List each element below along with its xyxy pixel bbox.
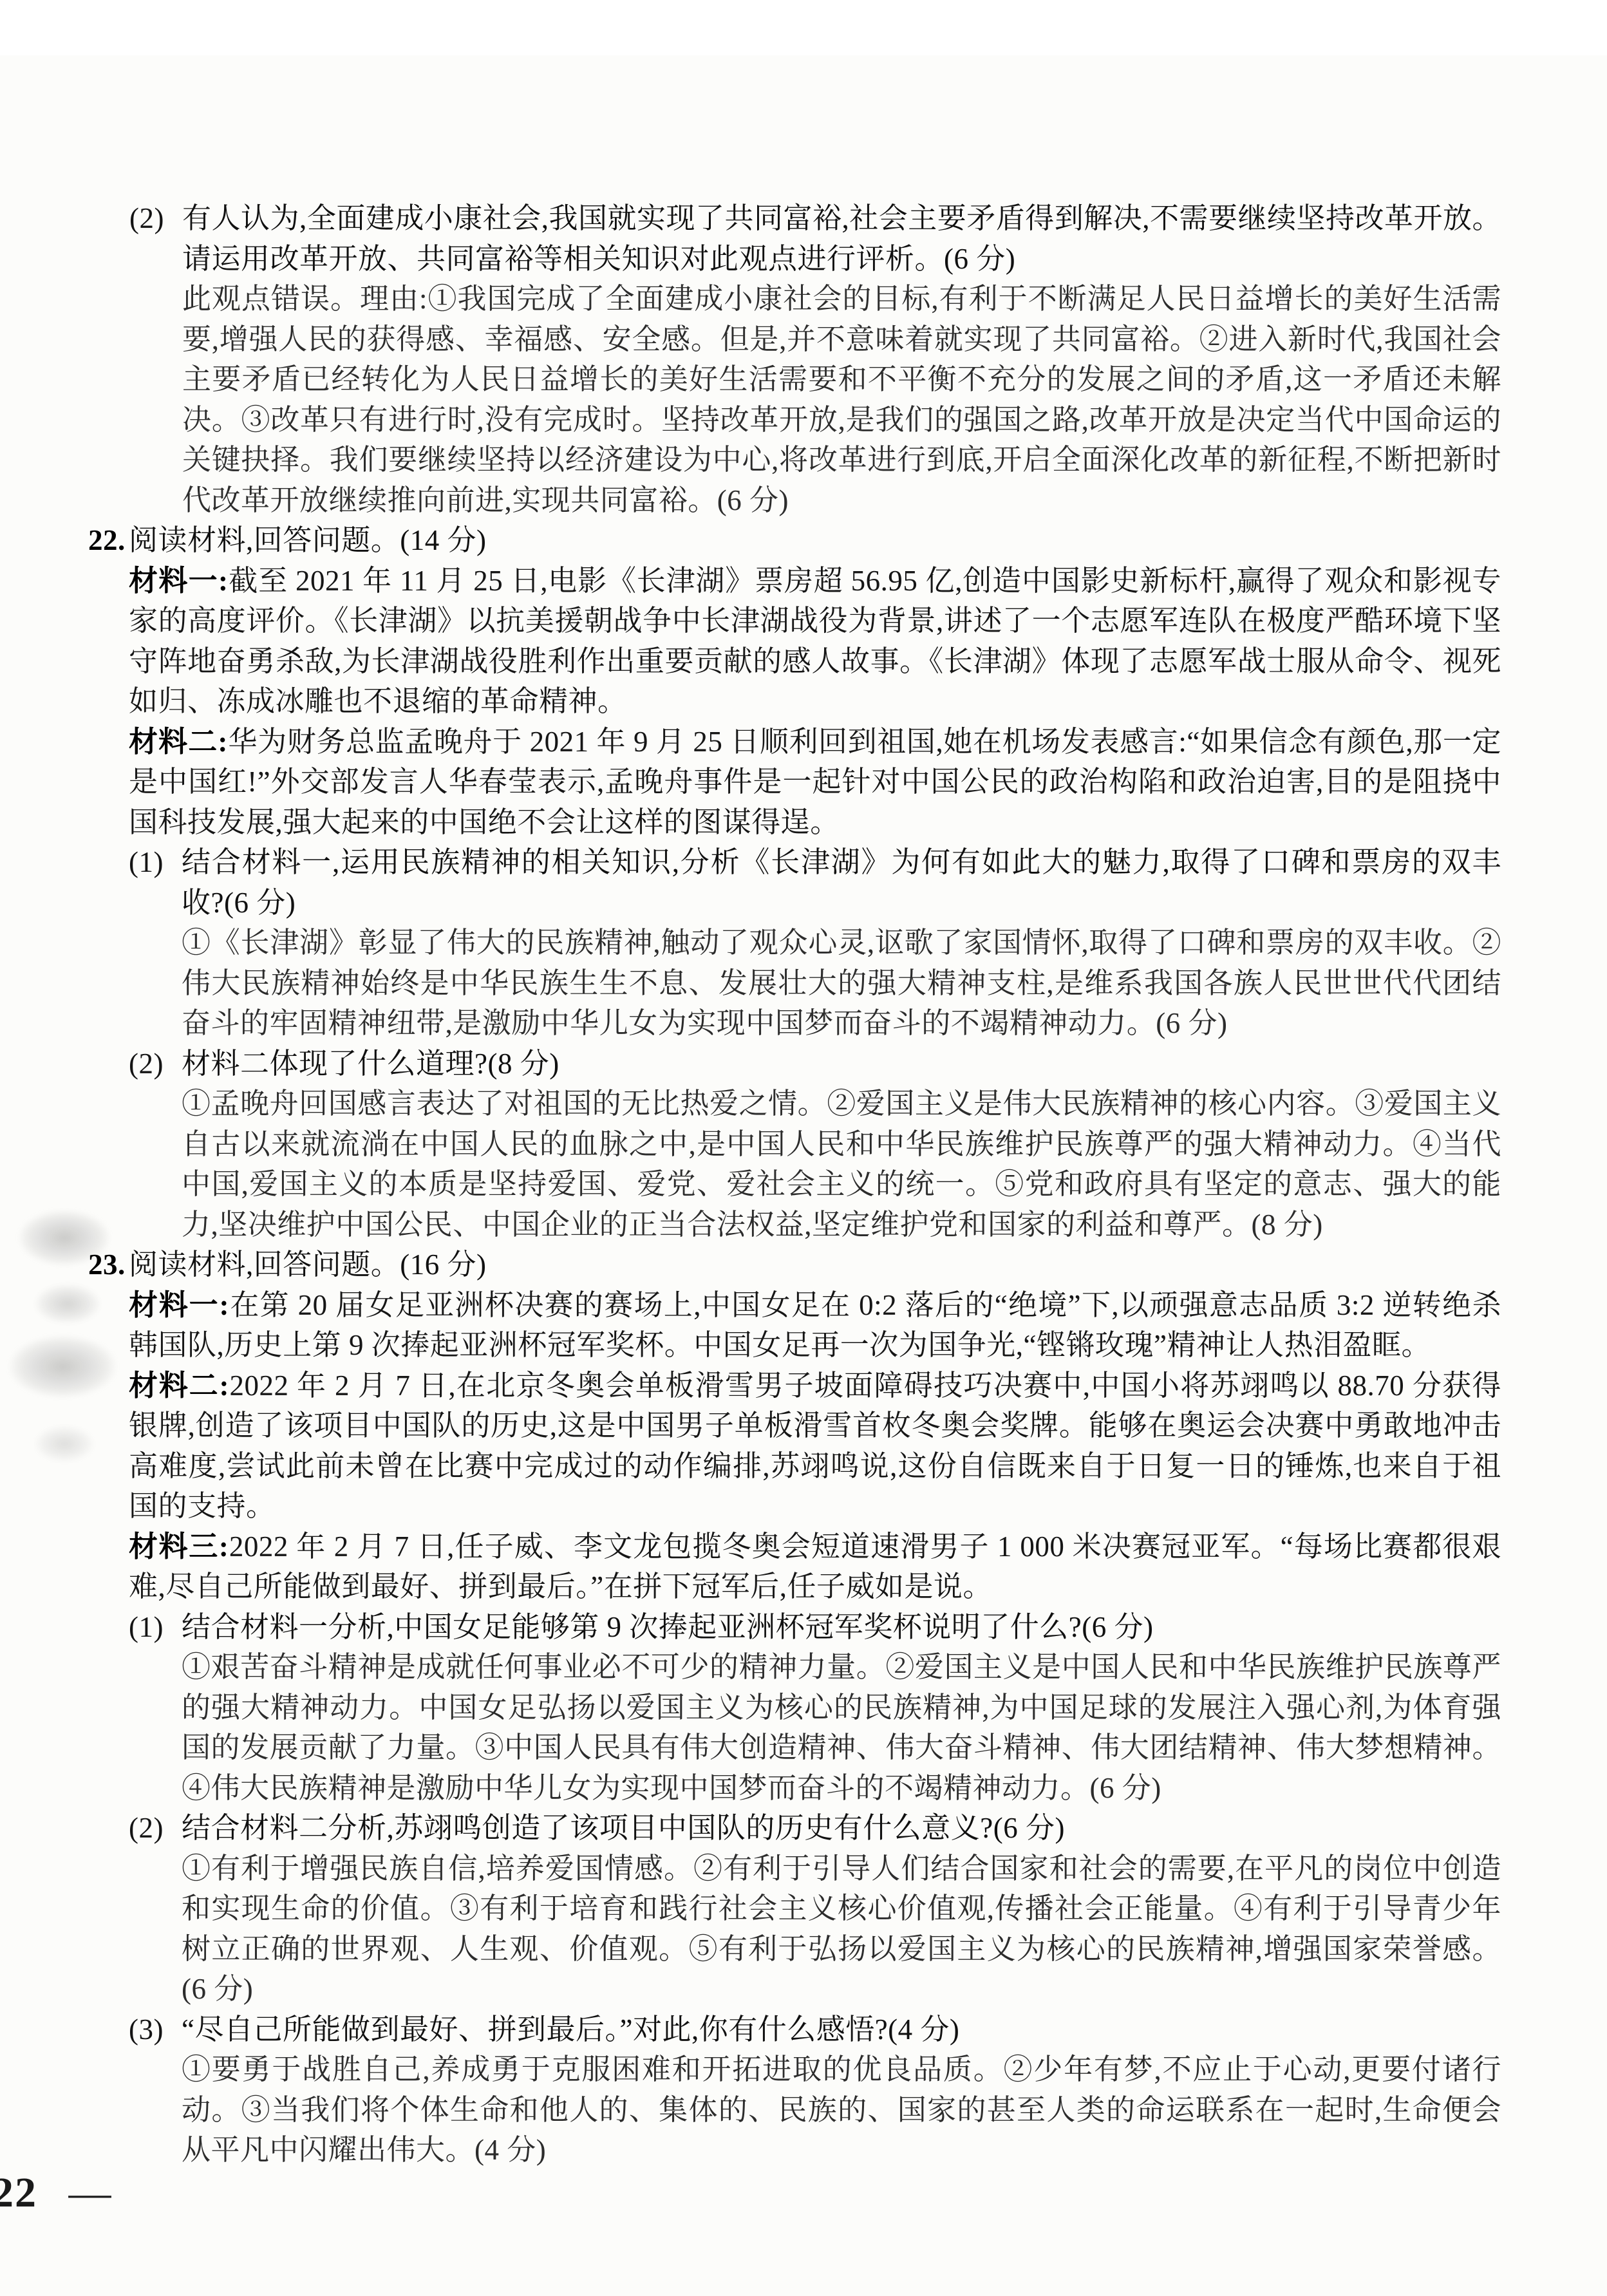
material-text: 2022 年 2 月 7 日,在北京冬奥会单板滑雪男子坡面障碍技巧决赛中,中国小… (129, 1369, 1501, 1523)
material-label: 材料三: (129, 1530, 229, 1563)
answer-text: ①《长津湖》彰显了伟大的民族精神,触动了观众心灵,讴歌了家国情怀,取得了口碑和票… (182, 923, 1501, 1044)
material-text: 截至 2021 年 11 月 25 日,电影《长津湖》票房超 56.95 亿,创… (129, 565, 1501, 718)
sub-question-marker: (1) (129, 842, 164, 883)
sub-question-marker: (3) (129, 2009, 164, 2050)
material-label: 材料二: (129, 1369, 229, 1402)
answer-text: ①孟晚舟回国感言表达了对祖国的无比热爱之情。②爱国主义是伟大民族精神的核心内容。… (182, 1084, 1501, 1245)
material-3: 材料三:2022 年 2 月 7 日,任子威、李文龙包揽冬奥会短道速滑男子 1 … (129, 1527, 1501, 1607)
question-22-body: 阅读材料,回答问题。(14 分) 材料一:截至 2021 年 11 月 25 日… (129, 520, 1501, 1245)
sub-question-text: 有人认为,全面建成小康社会,我国就实现了共同富裕,社会主要矛盾得到解决,不需要继… (182, 198, 1501, 279)
sub-question-3: (3) “尽自己所能做到最好、拼到最后。”对此,你有什么感悟?(4 分) ①要勇… (129, 2009, 1501, 2170)
answer-text: 此观点错误。理由:①我国完成了全面建成小康社会的目标,有利于不断满足人民日益增长… (182, 279, 1501, 520)
sub-question-marker: (1) (129, 1607, 164, 1648)
material-text: 华为财务总监孟晚舟于 2021 年 9 月 25 日顺利回到祖国,她在机场发表感… (129, 726, 1501, 838)
answer-text: ①艰苦奋斗精神是成就任何事业必不可少的精神力量。②爱国主义是中国人民和中华民族维… (182, 1647, 1501, 1808)
answer-text: ①要勇于战胜自己,养成勇于克服困难和开拓进取的优良品质。②少年有梦,不应止于心动… (182, 2049, 1501, 2170)
question-23: 23. 阅读材料,回答问题。(16 分) 材料一:在第 20 届女足亚洲杯决赛的… (88, 1245, 1501, 2170)
sub-question-1: (1) 结合材料一分析,中国女足能够第 9 次捧起亚洲杯冠军奖杯说明了什么?(6… (129, 1607, 1501, 1809)
question-number: 22. (88, 520, 126, 561)
question-number: 23. (88, 1245, 126, 1285)
scan-smudge (35, 1426, 93, 1462)
scanned-exam-page: (2) 有人认为,全面建成小康社会,我国就实现了共同富裕,社会主要矛盾得到解决,… (0, 0, 1607, 2296)
sub-question-text: 结合材料一分析,中国女足能够第 9 次捧起亚洲杯冠军奖杯说明了什么?(6 分) (182, 1607, 1501, 1648)
material-text: 在第 20 届女足亚洲杯决赛的赛场上,中国女足在 0:2 落后的“绝境”下,以顽… (129, 1289, 1501, 1362)
sub-question-2: (2) 材料二体现了什么道理?(8 分) ①孟晚舟回国感言表达了对祖国的无比热爱… (129, 1044, 1501, 1245)
material-1: 材料一:截至 2021 年 11 月 25 日,电影《长津湖》票房超 56.95… (129, 561, 1501, 722)
sub-question-text: 材料二体现了什么道理?(8 分) (182, 1044, 1501, 1084)
sub-question-1: (1) 结合材料一,运用民族精神的相关知识,分析《长津湖》为何有如此大的魅力,取… (129, 842, 1501, 1044)
question-title: 阅读材料,回答问题。(16 分) (129, 1245, 1501, 1285)
answer-text: ①有利于增强民族自信,培养爱国情感。②有利于引导人们结合国家和社会的需要,在平凡… (182, 1849, 1501, 2009)
page-number: 22 (0, 2169, 37, 2216)
material-1: 材料一:在第 20 届女足亚洲杯决赛的赛场上,中国女足在 0:2 落后的“绝境”… (129, 1285, 1501, 1366)
sub-question-text: “尽自己所能做到最好、拼到最后。”对此,你有什么感悟?(4 分) (182, 2009, 1501, 2050)
material-label: 材料二: (129, 726, 228, 758)
page-top-margin (0, 0, 1607, 55)
material-label: 材料一: (129, 1289, 230, 1321)
sub-question-2-of-q21: (2) 有人认为,全面建成小康社会,我国就实现了共同富裕,社会主要矛盾得到解决,… (129, 198, 1501, 520)
question-21-continuation: (2) 有人认为,全面建成小康社会,我国就实现了共同富裕,社会主要矛盾得到解决,… (129, 198, 1501, 520)
page-number-dash: — (69, 2169, 113, 2216)
sub-question-text: 结合材料二分析,苏翊鸣创造了该项目中国队的历史有什么意义?(6 分) (182, 1808, 1501, 1849)
material-text: 2022 年 2 月 7 日,任子威、李文龙包揽冬奥会短道速滑男子 1 000 … (129, 1530, 1501, 1603)
sub-question-marker: (2) (129, 1808, 164, 1849)
sub-question-marker: (2) (129, 198, 164, 239)
material-2: 材料二:2022 年 2 月 7 日,在北京冬奥会单板滑雪男子坡面障碍技巧决赛中… (129, 1366, 1501, 1527)
page-footer: 22 — (0, 2169, 113, 2217)
sub-question-text: 结合材料一,运用民族精神的相关知识,分析《长津湖》为何有如此大的魅力,取得了口碑… (182, 842, 1501, 923)
sub-question-marker: (2) (129, 1044, 164, 1084)
material-label: 材料一: (129, 565, 229, 597)
question-22: 22. 阅读材料,回答问题。(14 分) 材料一:截至 2021 年 11 月 … (88, 520, 1501, 1245)
question-title: 阅读材料,回答问题。(14 分) (129, 520, 1501, 561)
material-2: 材料二:华为财务总监孟晚舟于 2021 年 9 月 25 日顺利回到祖国,她在机… (129, 722, 1501, 843)
exam-content: (2) 有人认为,全面建成小康社会,我国就实现了共同富裕,社会主要矛盾得到解决,… (88, 198, 1501, 2170)
sub-question-2: (2) 结合材料二分析,苏翊鸣创造了该项目中国队的历史有什么意义?(6 分) ①… (129, 1808, 1501, 2009)
question-23-body: 阅读材料,回答问题。(16 分) 材料一:在第 20 届女足亚洲杯决赛的赛场上,… (129, 1245, 1501, 2170)
